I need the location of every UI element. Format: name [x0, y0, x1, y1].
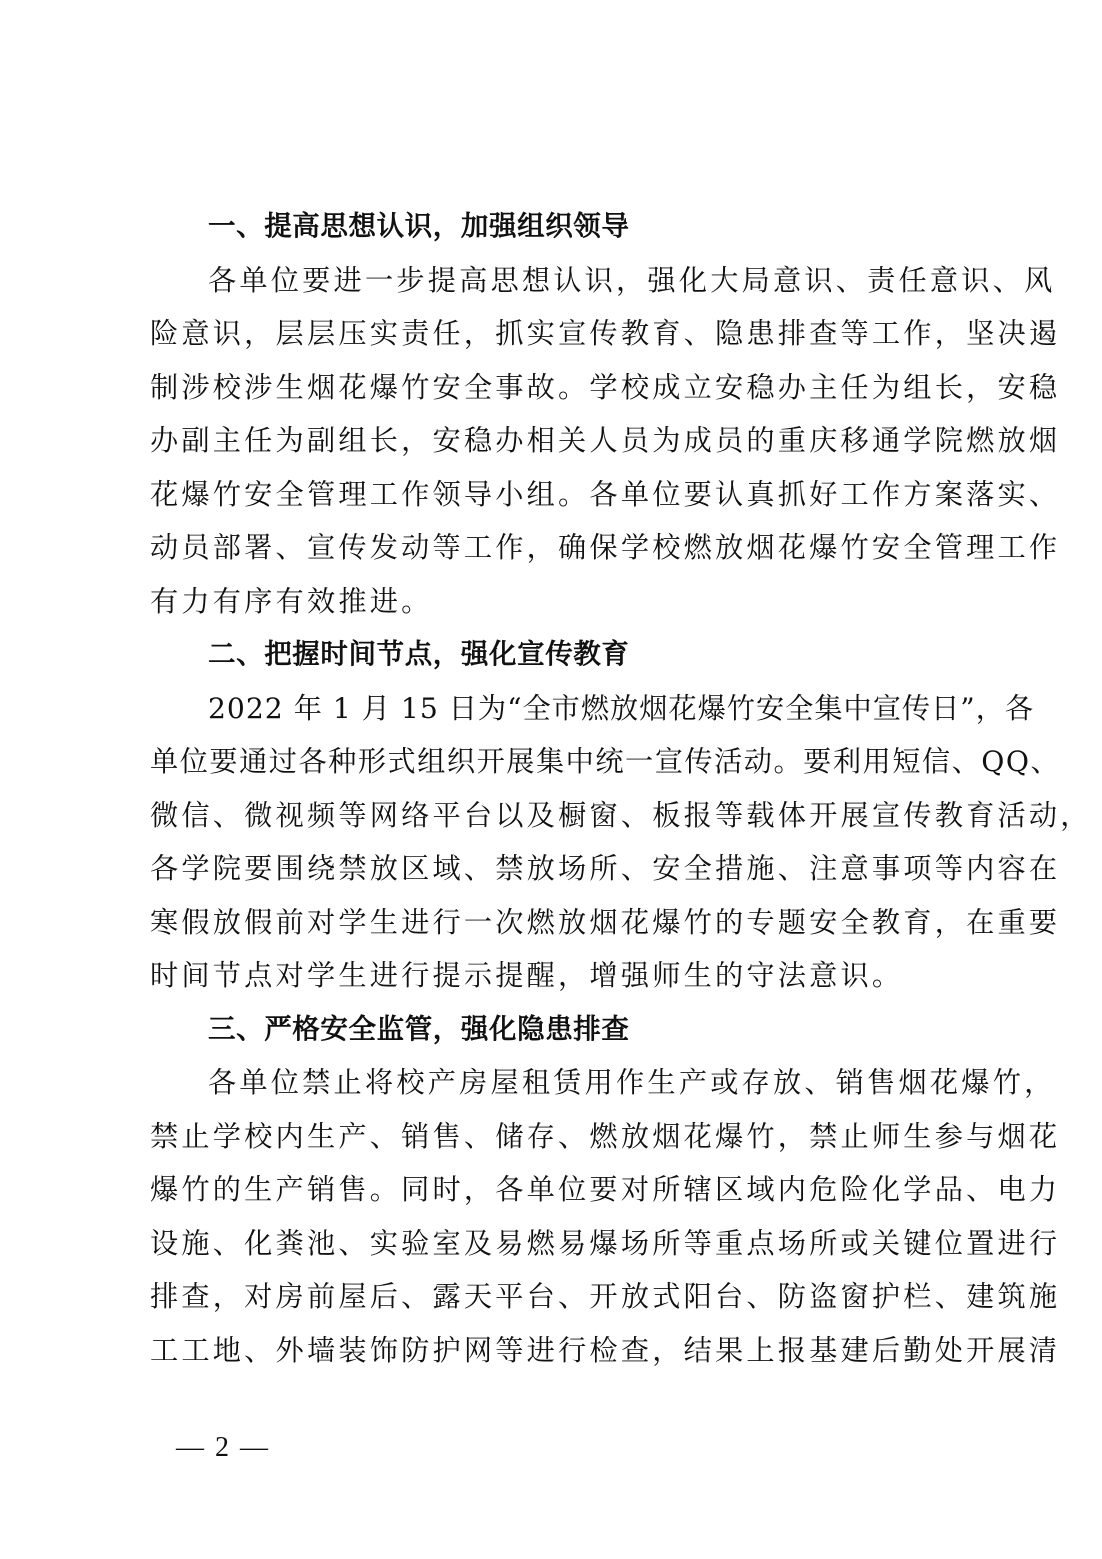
- paragraph-line: 2022 年 1 月 15 日为“全市燃放烟花爆竹安全集中宣传日”，各: [150, 682, 968, 736]
- paragraph-line: 微信、微视频等网络平台以及橱窗、板报等载体开展宣传教育活动，: [150, 789, 968, 843]
- document-page: 一、提高思想认识，加强组织领导 各单位要进一步提高思想认识，强化大局意识、责任意…: [150, 200, 968, 1377]
- paragraph-line: 险意识，层层压实责任，抓实宣传教育、隐患排查等工作，坚决遏: [150, 307, 968, 361]
- paragraph-line: 花爆竹安全管理工作领导小组。各单位要认真抓好工作方案落实、: [150, 468, 968, 522]
- paragraph-line: 各学院要围绕禁放区域、禁放场所、安全措施、注意事项等内容在: [150, 842, 968, 896]
- paragraph-line: 各单位要进一步提高思想认识，强化大局意识、责任意识、风: [150, 254, 968, 308]
- section-heading-3: 三、严格安全监管，强化隐患排查: [150, 1003, 968, 1057]
- paragraph-line: 排查，对房前屋后、露天平台、开放式阳台、防盗窗护栏、建筑施: [150, 1270, 968, 1324]
- paragraph-line: 单位要通过各种形式组织开展集中统一宣传活动。要利用短信、QQ、: [150, 735, 968, 789]
- paragraph-line: 办副主任为副组长，安稳办相关人员为成员的重庆移通学院燃放烟: [150, 414, 968, 468]
- page-number: — 2 —: [176, 1432, 270, 1464]
- paragraph-line: 设施、化粪池、实验室及易燃易爆场所等重点场所或关键位置进行: [150, 1217, 968, 1271]
- paragraph-line: 动员部署、宣传发动等工作，确保学校燃放烟花爆竹安全管理工作: [150, 521, 968, 575]
- paragraph-line: 时间节点对学生进行提示提醒，增强师生的守法意识。: [150, 949, 968, 1003]
- paragraph-line: 工工地、外墙装饰防护网等进行检查，结果上报基建后勤处开展清: [150, 1324, 968, 1378]
- section-heading-1: 一、提高思想认识，加强组织领导: [150, 200, 968, 254]
- paragraph-line: 各单位禁止将校产房屋租赁用作生产或存放、销售烟花爆竹，: [150, 1056, 968, 1110]
- paragraph-line: 制涉校涉生烟花爆竹安全事故。学校成立安稳办主任为组长，安稳: [150, 361, 968, 415]
- section-heading-2: 二、把握时间节点，强化宣传教育: [150, 628, 968, 682]
- paragraph-line: 爆竹的生产销售。同时，各单位要对所辖区域内危险化学品、电力: [150, 1163, 968, 1217]
- paragraph-line: 有力有序有效推进。: [150, 575, 968, 629]
- paragraph-line: 寒假放假前对学生进行一次燃放烟花爆竹的专题安全教育，在重要: [150, 896, 968, 950]
- paragraph-line: 禁止学校内生产、销售、储存、燃放烟花爆竹，禁止师生参与烟花: [150, 1110, 968, 1164]
